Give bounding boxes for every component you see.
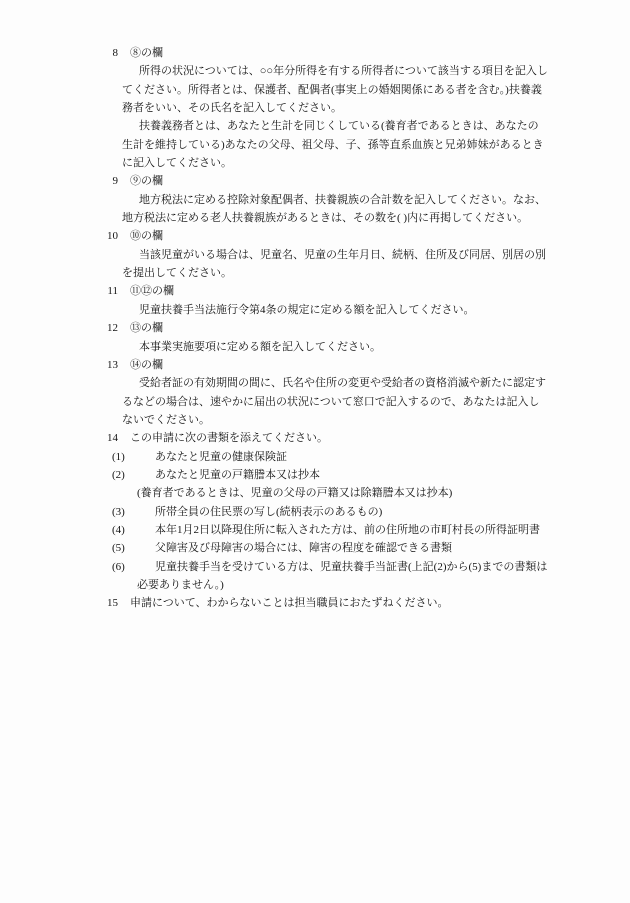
- list-item: 13⑭の欄受給者証の有効期間の間に、氏名や住所の変更や受給者の資格消滅や新たに認…: [103, 356, 548, 429]
- paragraph: 所得の状況については、○○年分所得を有する所得者について該当する項目を記入してく…: [122, 62, 548, 117]
- attachment-item: (5)父障害及び母障害の場合には、障害の程度を確認できる書類: [137, 539, 548, 557]
- attachment-item-marker: (1): [112, 448, 155, 466]
- item-title: 申請について、わからないことは担当職員におたずねください。: [130, 597, 449, 609]
- attachment-item-marker: (2): [112, 466, 155, 484]
- attachment-item-marker: (3): [112, 503, 155, 521]
- list-item: 14この申請に次の書類を添えてください。(1)あなたと児童の健康保険証(2)あな…: [103, 429, 548, 594]
- item-number: 10: [103, 227, 118, 245]
- item-heading: 14この申請に次の書類を添えてください。: [103, 429, 548, 447]
- list-item: 11⑪⑫の欄児童扶養手当法施行令第4条の規定に定める額を記入してください。: [103, 282, 548, 319]
- paragraph: 地方税法に定める控除対象配偶者、扶養親族の合計数を記入してください。なお、地方税…: [122, 191, 548, 228]
- paragraph: 当該児童がいる場合は、児童名、児童の生年月日、続柄、住所及び同居、別居の別を提出…: [122, 246, 548, 283]
- attachment-item-text: 児童扶養手当を受けている方は、児童扶養手当証書(上記(2)から(5)までの書類は…: [137, 561, 547, 591]
- attachment-item-text: 本年1月2日以降現住所に転入された方は、前の住所地の市町村長の所得証明書: [155, 524, 540, 536]
- item-number: 15: [103, 594, 118, 612]
- attachment-item-note: (養育者であるときは、児童の父母の戸籍又は除籍謄本又は抄本): [137, 484, 548, 502]
- list-item: 12⑬の欄本事業実施要項に定める額を記入してください。: [103, 319, 548, 356]
- item-title: ⑬の欄: [130, 322, 163, 334]
- item-title: この申請に次の書類を添えてください。: [130, 432, 328, 444]
- attachment-item-text: 所帯全員の住民票の写し(続柄表示のあるもの): [155, 506, 382, 518]
- item-number: 8: [103, 44, 118, 62]
- attachment-item-text: 父障害及び母障害の場合には、障害の程度を確認できる書類: [155, 542, 452, 554]
- item-title: ⑭の欄: [130, 359, 163, 371]
- item-heading: 15申請について、わからないことは担当職員におたずねください。: [103, 594, 548, 612]
- attachment-item-marker: (5): [112, 539, 155, 557]
- document-body: 8⑧の欄所得の状況については、○○年分所得を有する所得者について該当する項目を記…: [103, 44, 548, 613]
- document-page: 8⑧の欄所得の状況については、○○年分所得を有する所得者について該当する項目を記…: [0, 0, 630, 903]
- list-item: 9⑨の欄地方税法に定める控除対象配偶者、扶養親族の合計数を記入してください。なお…: [103, 172, 548, 227]
- item-title: ⑧の欄: [130, 47, 163, 59]
- attachment-item-text: あなたと児童の戸籍謄本又は抄本: [155, 469, 320, 481]
- item-number: 13: [103, 356, 118, 374]
- item-heading: 8⑧の欄: [103, 44, 548, 62]
- item-title: ⑪⑫の欄: [130, 285, 174, 297]
- attachment-item: (6)児童扶養手当を受けている方は、児童扶養手当証書(上記(2)から(5)までの…: [137, 558, 548, 595]
- attachment-item: (3)所帯全員の住民票の写し(続柄表示のあるもの): [137, 503, 548, 521]
- attachment-item: (2)あなたと児童の戸籍謄本又は抄本: [137, 466, 548, 484]
- paragraph: 児童扶養手当法施行令第4条の規定に定める額を記入してください。: [122, 301, 548, 319]
- item-number: 11: [103, 282, 118, 300]
- list-item: 8⑧の欄所得の状況については、○○年分所得を有する所得者について該当する項目を記…: [103, 44, 548, 172]
- item-heading: 10⑩の欄: [103, 227, 548, 245]
- attachment-item-text: あなたと児童の健康保険証: [155, 451, 287, 463]
- paragraph: 扶養義務者とは、あなたと生計を同じくしている(養育者であるときは、あなたの生計を…: [122, 117, 548, 172]
- item-number: 12: [103, 319, 118, 337]
- paragraph: 本事業実施要項に定める額を記入してください。: [122, 338, 548, 356]
- attachment-item: (1)あなたと児童の健康保険証: [137, 448, 548, 466]
- item-heading: 12⑬の欄: [103, 319, 548, 337]
- list-item: 10⑩の欄当該児童がいる場合は、児童名、児童の生年月日、続柄、住所及び同居、別居…: [103, 227, 548, 282]
- item-heading: 11⑪⑫の欄: [103, 282, 548, 300]
- attachment-item-marker: (6): [112, 558, 155, 576]
- item-heading: 9⑨の欄: [103, 172, 548, 190]
- attachment-item-marker: (4): [112, 521, 155, 539]
- item-heading: 13⑭の欄: [103, 356, 548, 374]
- item-title: ⑨の欄: [130, 175, 163, 187]
- paragraph: 受給者証の有効期間の間に、氏名や住所の変更や受給者の資格消滅や新たに認定するなど…: [122, 374, 548, 429]
- item-number: 9: [103, 172, 118, 190]
- item-title: ⑩の欄: [130, 230, 163, 242]
- item-number: 14: [103, 429, 118, 447]
- attachment-item: (4)本年1月2日以降現住所に転入された方は、前の住所地の市町村長の所得証明書: [137, 521, 548, 539]
- list-item: 15申請について、わからないことは担当職員におたずねください。: [103, 594, 548, 612]
